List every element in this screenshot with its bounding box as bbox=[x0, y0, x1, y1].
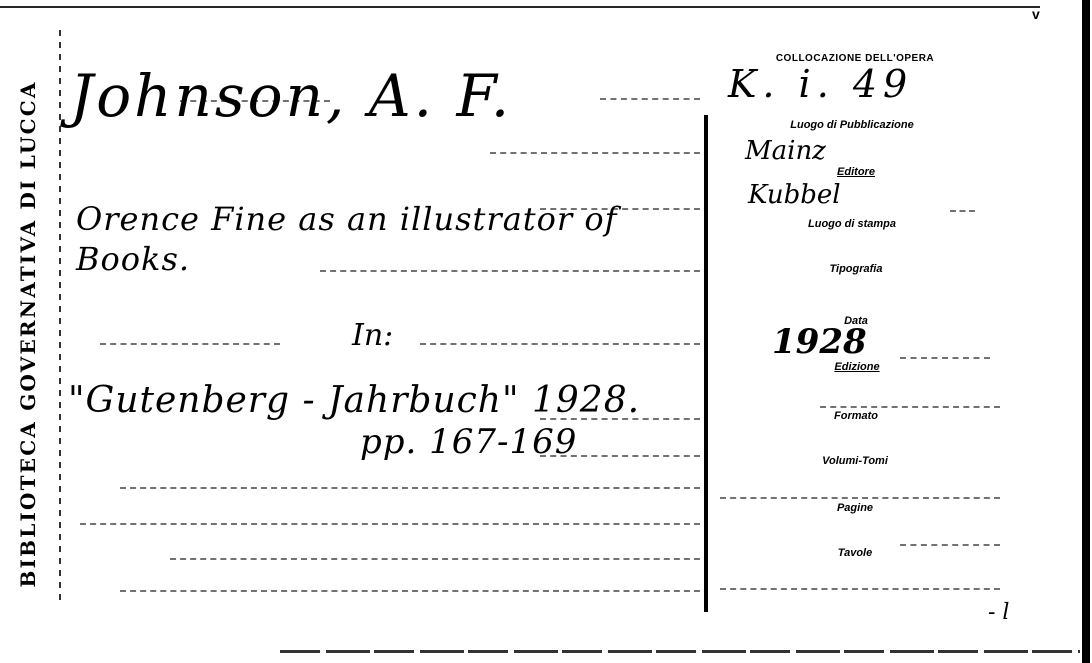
value-editore: Kubbel bbox=[748, 180, 841, 210]
card-bottom-edge bbox=[280, 650, 1080, 653]
value-luogo-pubblicazione: Mainz bbox=[745, 136, 826, 166]
catalog-card: v BIBLIOTECA GOVERNATIVA DI LUCCA Johnso… bbox=[0, 0, 1092, 663]
title-line-1: Orence Fine as an illustrator of bbox=[76, 200, 617, 238]
guide-line bbox=[950, 210, 975, 213]
value-data: 1928 bbox=[772, 322, 867, 362]
page-range: pp. 167-169 bbox=[360, 422, 577, 462]
label-editore: Editore bbox=[837, 166, 875, 178]
guide-line bbox=[600, 98, 700, 101]
guide-line bbox=[170, 558, 700, 561]
corner-mark: v bbox=[1032, 6, 1040, 22]
left-margin-rule bbox=[59, 30, 61, 600]
label-luogo-pubblicazione: Luogo di Pubblicazione bbox=[790, 119, 913, 131]
guide-line bbox=[720, 588, 1000, 591]
guide-line bbox=[900, 544, 1000, 547]
handwritten-mark: - l bbox=[988, 600, 1009, 625]
label-tavole: Tavole bbox=[838, 547, 872, 559]
guide-line bbox=[100, 343, 280, 346]
guide-line bbox=[420, 343, 700, 346]
guide-line bbox=[120, 487, 700, 490]
label-tipografia: Tipografia bbox=[830, 263, 883, 275]
author-name: Johnson, A. F. bbox=[70, 62, 512, 130]
title-line-2: Books. bbox=[76, 240, 190, 278]
label-pagine: Pagine bbox=[837, 502, 873, 514]
guide-line bbox=[820, 406, 1000, 409]
library-header: BIBLIOTECA GOVERNATIVA DI LUCCA bbox=[16, 80, 40, 587]
guide-line bbox=[900, 357, 990, 360]
column-divider bbox=[704, 115, 708, 612]
card-top-edge bbox=[0, 6, 1040, 8]
card-right-edge bbox=[1082, 0, 1090, 663]
label-formato: Formato bbox=[834, 410, 878, 422]
guide-line bbox=[320, 270, 700, 273]
guide-line bbox=[120, 590, 700, 593]
label-volumi-tomi: Volumi-Tomi bbox=[822, 455, 888, 467]
label-edizione: Edizione bbox=[834, 361, 879, 373]
guide-line bbox=[80, 523, 700, 526]
label-luogo-stampa: Luogo di stampa bbox=[808, 218, 896, 230]
guide-line bbox=[720, 497, 1000, 500]
in-label: In: bbox=[352, 318, 393, 353]
value-collocazione: K. i. 49 bbox=[728, 62, 913, 106]
source-publication: "Gutenberg - Jahrbuch" 1928. bbox=[68, 380, 640, 421]
guide-line bbox=[490, 152, 700, 155]
